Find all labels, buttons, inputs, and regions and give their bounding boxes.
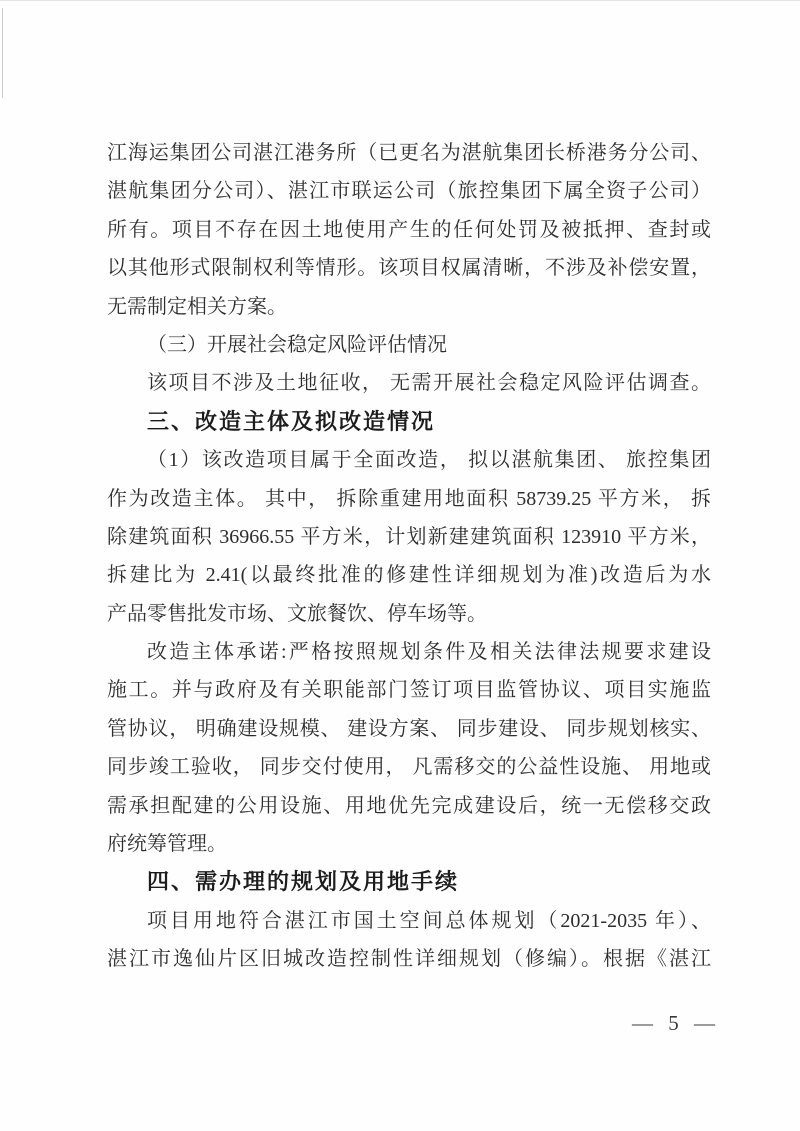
text-line: 四、需办理的规划及用地手续 — [107, 863, 711, 901]
section-heading: 四、需办理的规划及用地手续 — [107, 863, 711, 901]
text-line: 管协议， 明确建设规模、 建设方案、 同步建设、 同步规划核实、 — [107, 710, 711, 748]
text-line: 所有。项目不存在因土地使用产生的任何处罚及被抵押、查封或 — [107, 211, 711, 249]
text-line: 拆建比为 2.41(以最终批准的修建性详细规划为准)改造后为水 — [107, 556, 711, 594]
scan-edge-left-artifact — [2, 8, 3, 98]
text-line: 江海运集团公司湛江港务所（已更名为湛航集团长桥港务分公司、 — [107, 134, 711, 172]
document-body: 江海运集团公司湛江港务所（已更名为湛航集团长桥港务分公司、湛航集团分公司）、湛江… — [107, 134, 711, 979]
paragraph: （三）开展社会稳定风险评估情况 — [107, 326, 711, 364]
text-line: 以其他形式限制权利等情形。该项目权属清晰，不涉及补偿安置， — [107, 249, 711, 287]
text-line: 需承担配建的公用设施、用地优先完成建设后，统一无偿移交政 — [107, 787, 711, 825]
text-line: 改造主体承诺:严格按照规划条件及相关法律法规要求建设 — [107, 633, 711, 671]
text-line: 湛江市逸仙片区旧城改造控制性详细规划（修编）。根据《湛江 — [107, 940, 711, 978]
text-line: 除建筑面积 36966.55 平方米，计划新建建筑面积 123910 平方米， — [107, 518, 711, 556]
section-heading: 三、改造主体及拟改造情况 — [107, 403, 711, 441]
paragraph: 改造主体承诺:严格按照规划条件及相关法律法规要求建设施工。并与政府及有关职能部门… — [107, 633, 711, 863]
text-line: 产品零售批发市场、文旅餐饮、停车场等。 — [107, 595, 711, 633]
text-line: 湛航集团分公司）、湛江市联运公司（旅控集团下属全资子公司） — [107, 172, 711, 210]
text-line: （1）该改造项目属于全面改造， 拟以湛航集团、 旅控集团 — [107, 441, 711, 479]
text-line: 三、改造主体及拟改造情况 — [107, 403, 711, 441]
scan-edge-top-artifact — [0, 0, 800, 1]
text-line: 施工。并与政府及有关职能部门签订项目监管协议、项目实施监 — [107, 671, 711, 709]
text-line: 无需制定相关方案。 — [107, 288, 711, 326]
paragraph: 该项目不涉及土地征收， 无需开展社会稳定风险评估调查。 — [107, 364, 711, 402]
text-line: 该项目不涉及土地征收， 无需开展社会稳定风险评估调查。 — [107, 364, 711, 402]
text-line: 府统筹管理。 — [107, 825, 711, 863]
paragraph: 江海运集团公司湛江港务所（已更名为湛航集团长桥港务分公司、湛航集团分公司）、湛江… — [107, 134, 711, 326]
paragraph: （1）该改造项目属于全面改造， 拟以湛航集团、 旅控集团作为改造主体。 其中， … — [107, 441, 711, 633]
document-page: 江海运集团公司湛江港务所（已更名为湛航集团长桥港务分公司、湛航集团分公司）、湛江… — [0, 0, 800, 1131]
text-line: 同步竣工验收， 同步交付使用， 凡需移交的公益性设施、 用地或 — [107, 748, 711, 786]
page-number: — 5 — — [626, 1011, 722, 1036]
text-line: （三）开展社会稳定风险评估情况 — [107, 326, 711, 364]
paragraph: 项目用地符合湛江市国土空间总体规划（2021-2035 年）、湛江市逸仙片区旧城… — [107, 902, 711, 979]
text-line: 作为改造主体。 其中， 拆除重建用地面积 58739.25 平方米， 拆 — [107, 480, 711, 518]
text-line: 项目用地符合湛江市国土空间总体规划（2021-2035 年）、 — [107, 902, 711, 940]
